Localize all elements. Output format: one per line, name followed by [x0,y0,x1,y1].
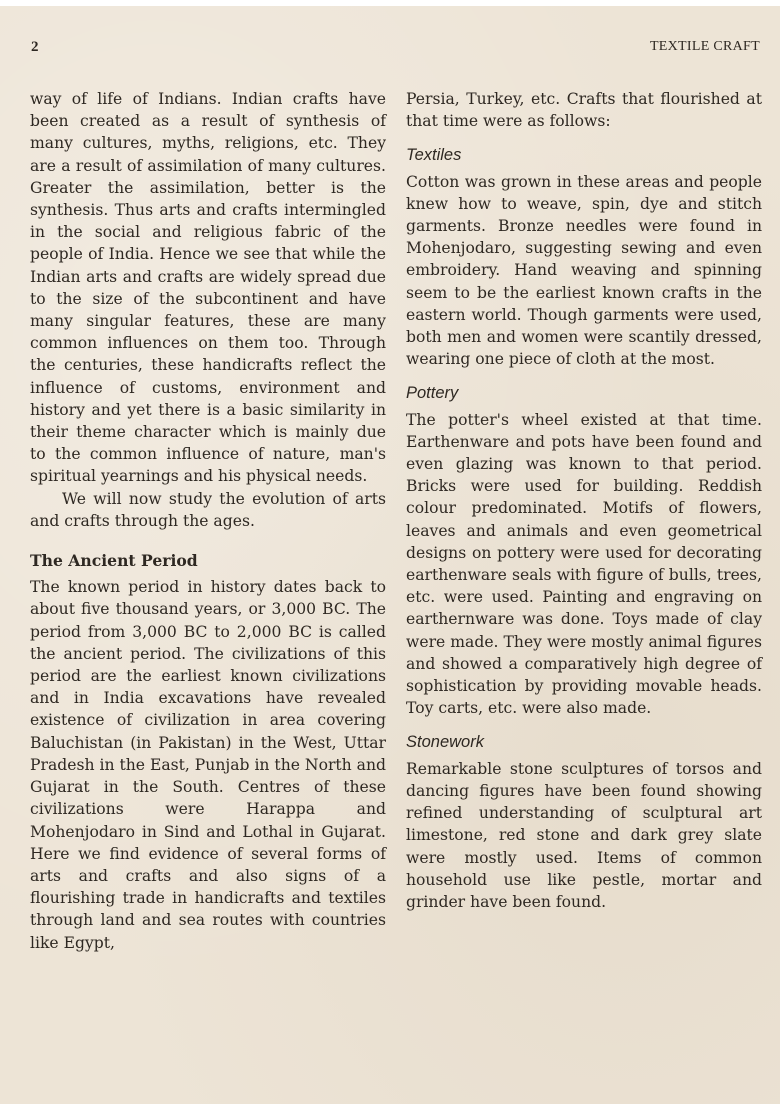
right-column: Persia, Turkey, etc. Crafts that flouris… [406,88,762,913]
paragraph-stonework: Remarkable stone sculptures of torsos an… [406,758,762,913]
section-heading-ancient-period: The Ancient Period [30,550,386,572]
left-column: way of life of Indians. Indian crafts ha… [30,88,386,954]
paragraph-pottery: The potter's wheel existed at that time.… [406,409,762,720]
subheading-pottery: Pottery [406,382,762,404]
paragraph-ancient-period: The known period in history dates back t… [30,576,386,953]
subheading-stonework: Stonework [406,731,762,753]
paragraph-crafts-intro: Persia, Turkey, etc. Crafts that flouris… [406,88,762,132]
running-title: TEXTILE CRAFT [650,39,760,55]
page-number: 2 [31,39,39,56]
paragraph-textiles: Cotton was grown in these areas and peop… [406,171,762,371]
paragraph-evolution: We will now study the evolution of arts … [30,488,386,532]
subheading-textiles: Textiles [406,144,762,166]
paragraph-intro: way of life of Indians. Indian crafts ha… [30,88,386,488]
book-page: 2 TEXTILE CRAFT way of life of Indians. … [0,6,780,1104]
